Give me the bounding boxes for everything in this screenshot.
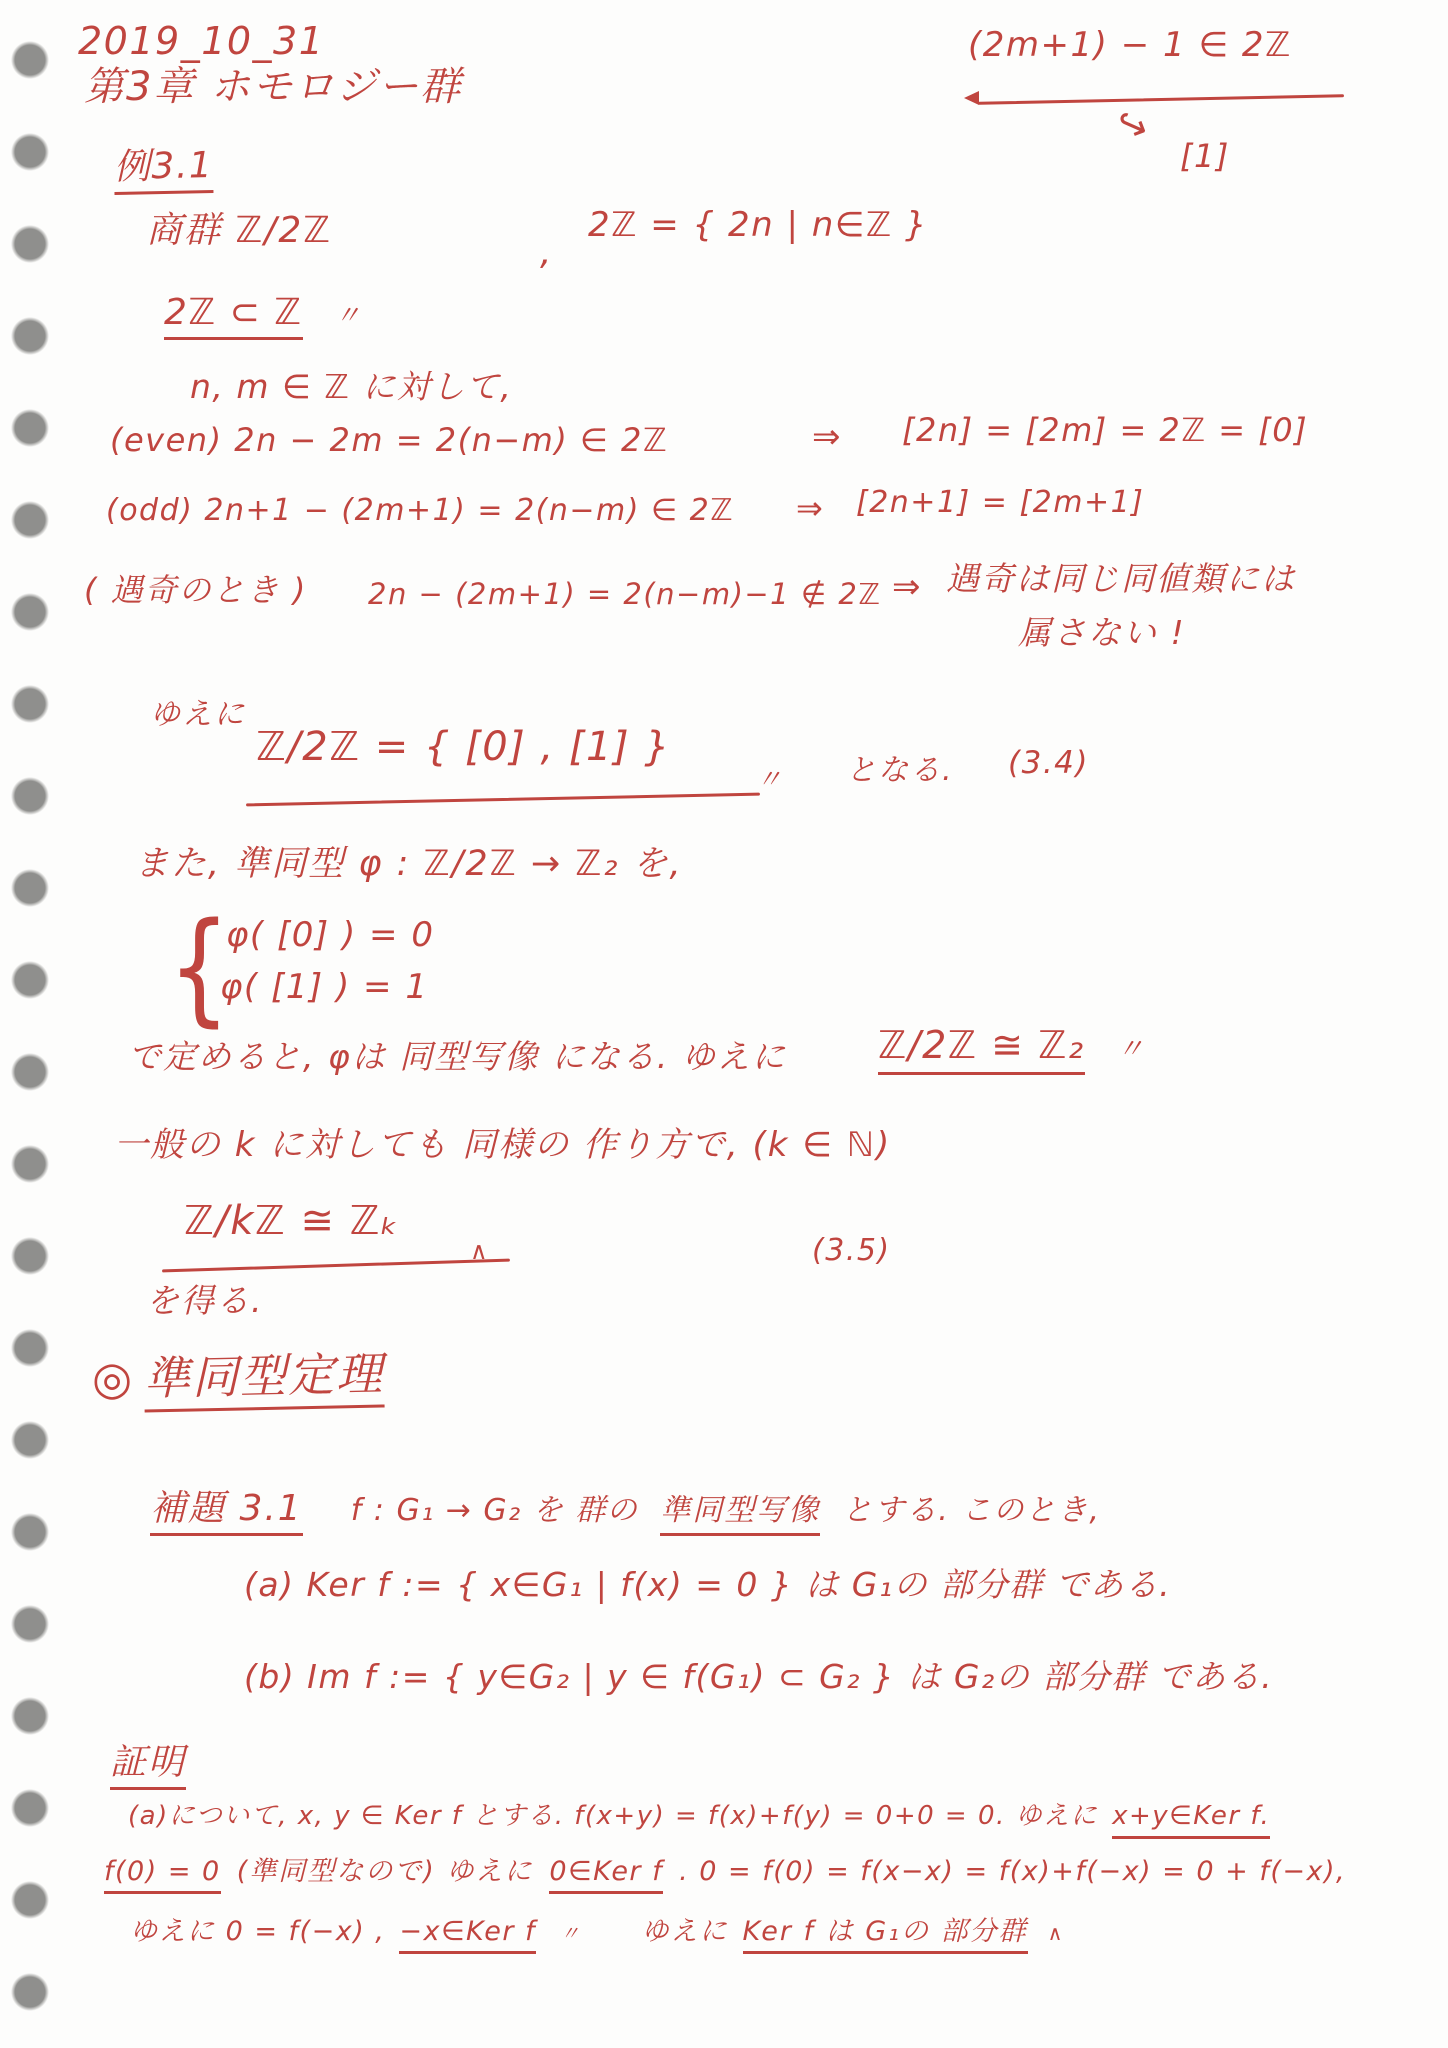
notebook-page: 2019_10_31 第3章 ホモロジー群 (2m+1) − 1 ∈ 2ℤ ↪ …: [0, 0, 1448, 2048]
tick-mark: 〃: [335, 302, 361, 332]
comma-mark: ,: [540, 232, 553, 273]
margin-underline-arrowhead: [964, 91, 979, 105]
mixed-case-result-1: 遇奇は同じ同値類には: [946, 560, 1296, 598]
proof-line3-therefore: ゆえに: [642, 1916, 729, 1947]
equation-number-35: (3.5): [812, 1234, 891, 1269]
tick-mark: 〃: [1117, 1034, 1144, 1065]
odd-case-rhs: [2n+1] = [2m+1]: [856, 486, 1144, 521]
proof-line2-mid: (準同型なので) ゆえに: [237, 1856, 534, 1887]
section-heading: 準同型定理: [143, 1347, 384, 1412]
proof-line-3: ゆえに 0 = f(−x) , −x∈Ker f 〃 ゆえに Ker f は G…: [130, 1916, 1062, 1954]
proof-conclusion-underlined: Ker f は G₁の 部分群: [743, 1916, 1028, 1954]
general-k-sentence: 一般の k に対しても 同様の 作り方で, (k ∈ ℕ): [114, 1126, 891, 1165]
proof-negx-underlined: −x∈Ker f: [399, 1916, 536, 1954]
lemma-homomorphism-word: 準同型写像: [660, 1494, 820, 1536]
phi-map-one: φ( [1] ) = 1: [220, 968, 428, 1007]
lemma-label: 補題 3.1: [150, 1488, 303, 1536]
tick-mark: 〃: [560, 1923, 579, 1945]
proof-line2-rest: . 0 = f(0) = f(x−x) = f(x)+f(−x) = 0 + f…: [679, 1856, 1346, 1887]
proof-zero-in-ker-underlined: 0∈Ker f: [549, 1856, 663, 1894]
section-bullet: ◎: [92, 1352, 134, 1405]
proof-line-2: f(0) = 0 (準同型なので) ゆえに 0∈Ker f . 0 = f(0)…: [104, 1856, 1346, 1894]
lemma-line: 補題 3.1 f : G₁ → G₂ を 群の 準同型写像 とする. このとき,: [150, 1488, 1101, 1536]
caret-mark: ∧: [470, 1238, 489, 1266]
proof-f0-underlined: f(0) = 0: [104, 1856, 221, 1894]
lemma-post: とする. このとき,: [842, 1494, 1101, 1529]
define-sentence: で定めると, φは 同型写像 になる. ゆえに: [128, 1038, 787, 1076]
obtain-word: を得る.: [146, 1282, 264, 1320]
curved-arrow-mark: ↪: [1109, 99, 1157, 152]
proof-label: 証明: [110, 1742, 186, 1790]
margin-underline: [978, 94, 1344, 105]
implies-arrow: ⇒: [796, 490, 824, 527]
equation-number-34: (3.4): [1008, 746, 1089, 782]
subset-line: 2ℤ ⊂ ℤ 〃: [164, 292, 361, 340]
even-case-lhs: (even) 2n − 2m = 2(n−m) ∈ 2ℤ: [110, 422, 668, 459]
set-definition: 2ℤ = { 2n | n∈ℤ }: [588, 206, 928, 245]
proof-line3-pre: ゆえに 0 = f(−x) ,: [130, 1916, 385, 1947]
iso-formula: ℤ/2ℤ ≅ ℤ₂: [878, 1024, 1085, 1075]
tonaru-word: となる.: [846, 754, 954, 789]
margin-result: [1]: [1180, 138, 1230, 175]
mixed-case-result-2: 属さない !: [1018, 614, 1186, 652]
forall-line: n, m ∈ ℤ に対して,: [190, 368, 512, 406]
lemma-pre: f : G₁ → G₂ を 群の: [351, 1494, 639, 1529]
general-formula: ℤ/kℤ ≅ ℤₖ: [184, 1198, 399, 1244]
even-case-rhs: [2n] = [2m] = 2ℤ = [0]: [902, 412, 1308, 449]
odd-case-lhs: (odd) 2n+1 − (2m+1) = 2(n−m) ∈ 2ℤ: [106, 494, 734, 529]
caret-mark: ∧: [1048, 1922, 1063, 1945]
therefore-word: ゆえに: [150, 698, 246, 733]
iso-formula-line: ℤ/2ℤ ≅ ℤ₂ 〃: [878, 1024, 1144, 1075]
example-label: 例3.1: [114, 145, 214, 195]
implies-arrow: ⇒: [892, 568, 922, 607]
date-note: 2019_10_31: [78, 20, 324, 64]
phi-map-zero: φ( [0] ) = 0: [226, 916, 434, 955]
mixed-case-lhs: 2n − (2m+1) = 2(n−m)−1 ∉ 2ℤ: [368, 578, 881, 611]
chapter-title: 第3章 ホモロジー群: [84, 64, 462, 110]
implies-arrow: ⇒: [812, 418, 842, 457]
proof-line1-text: (a)について, x, y ∈ Ker f とする. f(x+y) = f(x)…: [128, 1802, 1098, 1832]
conclusion-underline: [246, 793, 760, 807]
proof-line1-underlined: x+y∈Ker f.: [1112, 1802, 1270, 1839]
quotient-conclusion: ℤ/2ℤ = { [0] , [1] }: [256, 724, 671, 770]
subset-formula: 2ℤ ⊂ ℤ: [164, 292, 303, 340]
mixed-case-label: ( 遇奇のとき ): [84, 572, 307, 609]
tick-mark: 〃: [756, 766, 784, 796]
general-formula-underline: [162, 1259, 510, 1273]
phi-intro: また, 準同型 φ : ℤ/2ℤ → ℤ₂ を,: [134, 844, 683, 884]
proof-line-1: (a)について, x, y ∈ Ker f とする. f(x+y) = f(x)…: [128, 1802, 1270, 1839]
margin-formula: (2m+1) − 1 ∈ 2ℤ: [968, 26, 1292, 65]
lemma-item-b: (b) Im f := { y∈G₂ | y ∈ f(G₁) ⊂ G₂ } は …: [244, 1658, 1273, 1696]
binding-holes: [6, 36, 54, 2026]
quotient-group-intro: 商群 ℤ/2ℤ: [146, 210, 332, 251]
lemma-item-a: (a) Ker f := { x∈G₁ | f(x) = 0 } は G₁の 部…: [244, 1566, 1171, 1604]
